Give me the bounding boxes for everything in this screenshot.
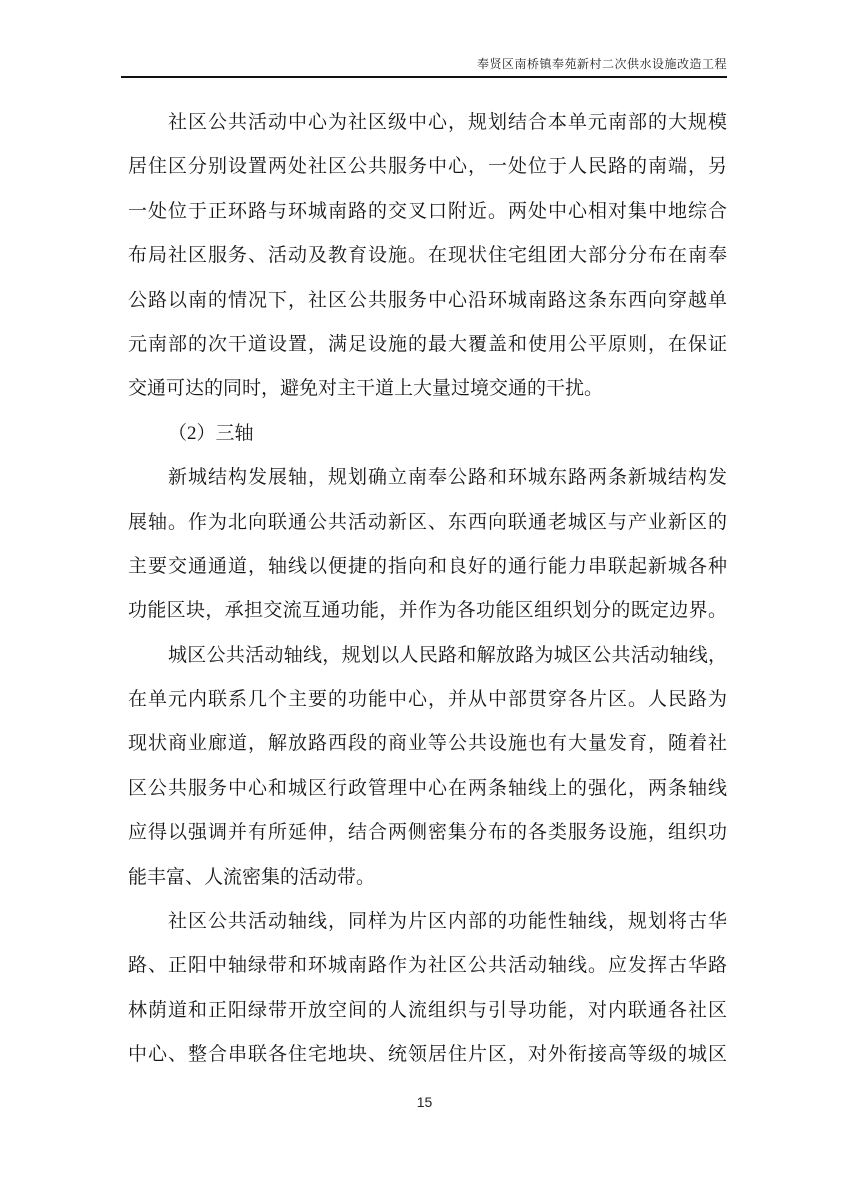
paragraph-line: 展轴。作为北向联通公共活动新区、东西向联通老城区与产业新区的	[128, 501, 727, 545]
document-page: 奉贤区南桥镇奉苑新村二次供水设施改造工程 社区公共活动中心为社区级中心，规划结合…	[0, 0, 849, 1200]
page-footer: 15	[0, 1094, 849, 1110]
paragraph-line: 新城结构发展轴，规划确立南奉公路和环城东路两条新城结构发	[128, 456, 727, 500]
document-body: 社区公共活动中心为社区级中心，规划结合本单元南部的大规模居住区分别设置两处社区公…	[128, 101, 727, 1078]
paragraph-line: 交通可达的同时，避免对主干道上大量过境交通的干扰。	[128, 367, 727, 411]
paragraph-line: 一处位于正环路与环城南路的交叉口附近。两处中心相对集中地综合	[128, 190, 727, 234]
paragraph-line: 在单元内联系几个主要的功能中心，并从中部贯穿各片区。人民路为	[128, 678, 727, 722]
paragraph: （2）三轴	[128, 412, 727, 456]
paragraph: 社区公共活动中心为社区级中心，规划结合本单元南部的大规模居住区分别设置两处社区公…	[128, 101, 727, 412]
paragraph-line: 社区公共活动轴线，同样为片区内部的功能性轴线，规划将古华	[128, 900, 727, 944]
page-number: 15	[417, 1094, 433, 1110]
paragraph-line: 林荫道和正阳绿带开放空间的人流组织与引导功能，对内联通各社区	[128, 989, 727, 1033]
paragraph-line: 布局社区服务、活动及教育设施。在现状住宅组团大部分分布在南奉	[128, 234, 727, 278]
paragraph-line: （2）三轴	[128, 412, 727, 456]
paragraph-line: 应得以强调并有所延伸，结合两侧密集分布的各类服务设施，组织功	[128, 811, 727, 855]
paragraph-line: 公路以南的情况下，社区公共服务中心沿环城南路这条东西向穿越单	[128, 279, 727, 323]
paragraph: 新城结构发展轴，规划确立南奉公路和环城东路两条新城结构发展轴。作为北向联通公共活…	[128, 456, 727, 634]
paragraph: 城区公共活动轴线，规划以人民路和解放路为城区公共活动轴线，在单元内联系几个主要的…	[128, 634, 727, 900]
paragraph-line: 居住区分别设置两处社区公共服务中心，一处位于人民路的南端，另	[128, 145, 727, 189]
page-header: 奉贤区南桥镇奉苑新村二次供水设施改造工程	[121, 56, 727, 78]
paragraph-line: 元南部的次干道设置，满足设施的最大覆盖和使用公平原则，在保证	[128, 323, 727, 367]
paragraph-line: 路、正阳中轴绿带和环城南路作为社区公共活动轴线。应发挥古华路	[128, 944, 727, 988]
paragraph-line: 能丰富、人流密集的活动带。	[128, 856, 727, 900]
paragraph-line: 中心、整合串联各住宅地块、统领居住片区，对外衔接高等级的城区	[128, 1033, 727, 1077]
header-title: 奉贤区南桥镇奉苑新村二次供水设施改造工程	[477, 57, 727, 71]
paragraph-line: 城区公共活动轴线，规划以人民路和解放路为城区公共活动轴线，	[128, 634, 727, 678]
paragraph-line: 社区公共活动中心为社区级中心，规划结合本单元南部的大规模	[128, 101, 727, 145]
paragraph-line: 功能区块，承担交流互通功能，并作为各功能区组织划分的既定边界。	[128, 589, 727, 633]
paragraph-line: 主要交通通道，轴线以便捷的指向和良好的通行能力串联起新城各种	[128, 545, 727, 589]
paragraph: 社区公共活动轴线，同样为片区内部的功能性轴线，规划将古华路、正阳中轴绿带和环城南…	[128, 900, 727, 1078]
paragraph-line: 现状商业廊道，解放路西段的商业等公共设施也有大量发育，随着社	[128, 722, 727, 766]
paragraph-line: 区公共服务中心和城区行政管理中心在两条轴线上的强化，两条轴线	[128, 767, 727, 811]
